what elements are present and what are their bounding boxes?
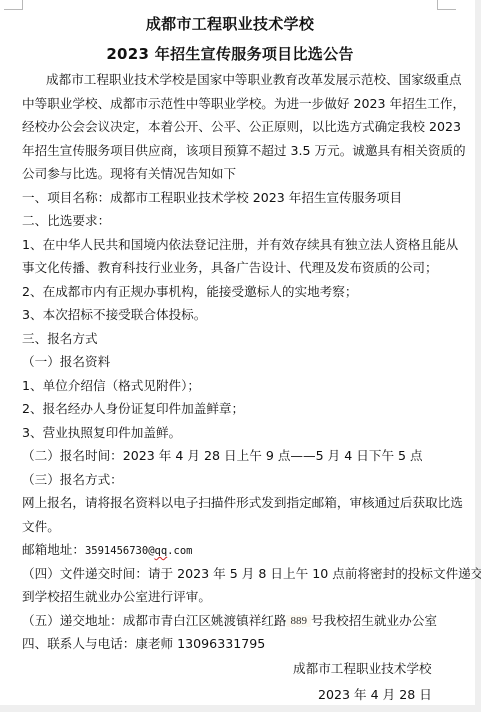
online-registration-continued: 文件。	[22, 515, 432, 539]
address-suffix: 号我校招生就业办公室	[311, 613, 437, 628]
material-3: 3、营业执照复印件加盖鲜。	[22, 421, 432, 445]
signature-date: 2023 年 4 月 28 日	[318, 684, 432, 703]
email-line: 邮箱地址：3591456730@qq.com	[22, 538, 432, 562]
address-prefix: （五）递交地址：成都市青白江区姚渡镇祥红路	[22, 613, 286, 628]
requirement-1-continued: 事文化传播、教育科技行业业务，具备广告设计、代理及发布资质的公司；	[22, 256, 432, 280]
material-2: 2、报名经办人身份证复印件加盖鲜章；	[22, 397, 432, 421]
section-project-name: 一、项目名称：成都市工程职业技术学校 2023 年招生宣传服务项目	[22, 186, 432, 210]
requirement-1: 1、在中华人民共和国境内依法登记注册，并有效存续具有独立法人资格且能从	[22, 233, 432, 257]
margin-corner-mark-right	[437, 0, 456, 10]
section-registration-heading: 三、报名方式	[22, 327, 432, 351]
registration-time: （二）报名时间：2023 年 4 月 28 日上午 9 点——5 月 4 日下午…	[22, 444, 432, 468]
registration-materials-heading: （一）报名资料	[22, 350, 432, 374]
material-1: 1、单位介绍信（格式见附件）；	[22, 374, 432, 398]
intro-line: 经校办公会会议决定，本着公开、公平、公正原则，以比选方式确定我校 2023	[22, 115, 432, 139]
online-registration: 网上报名，请将报名资料以电子扫描件形式发到指定邮箱，审核通过后获取比选	[22, 491, 432, 515]
margin-corner-mark-left	[4, 0, 23, 10]
submission-time: （四）文件递交时间：请于 2023 年 5 月 8 日上午 10 点前将密封的投…	[22, 562, 432, 586]
submission-address: （五）递交地址：成都市青白江区姚渡镇祥红路889号我校招生就业办公室	[22, 609, 432, 633]
spellcheck-flagged-word[interactable]: qq	[155, 545, 168, 557]
document-body: 成都市工程职业技术学校是国家中等职业教育改革发展示范校、国家级重点 中等职业学校…	[22, 68, 432, 656]
email-label: 邮箱地址：	[22, 542, 85, 557]
document-title-school: 成都市工程职业技术学校	[0, 13, 460, 34]
email-suffix: .com	[167, 545, 192, 557]
document-page: 成都市工程职业技术学校 2023 年招生宣传服务项目比选公告 成都市工程职业技术…	[0, 0, 475, 705]
requirement-2: 2、在成都市内有正规办事机构，能接受邀标人的实地考察；	[22, 280, 432, 304]
intro-line: 中等职业学校、成都市示范性中等职业学校。为进一步做好 2023 年招生工作，	[22, 92, 432, 116]
signature-school-name: 成都市工程职业技术学校	[293, 658, 432, 677]
address-number: 889	[286, 615, 311, 627]
section-requirements-heading: 二、比选要求：	[22, 209, 432, 233]
email-user: 3591456730	[85, 545, 148, 557]
section-contact: 四、联系人与电话：康老师 13096331795	[22, 632, 432, 656]
intro-line: 年招生宣传服务项目供应商，该项目预算不超过 3.5 万元。诚邀具有相关资质的	[22, 139, 432, 163]
registration-method-heading: （三）报名方式：	[22, 468, 432, 492]
intro-line: 成都市工程职业技术学校是国家中等职业教育改革发展示范校、国家级重点	[22, 68, 432, 92]
requirement-3: 3、本次招标不接受联合体投标。	[22, 303, 432, 327]
document-title-announcement: 2023 年招生宣传服务项目比选公告	[0, 43, 460, 64]
submission-time-continued: 到学校招生就业办公室进行评审。	[22, 585, 432, 609]
intro-line: 公司参与比选。现将有关情况告知如下	[22, 162, 432, 186]
